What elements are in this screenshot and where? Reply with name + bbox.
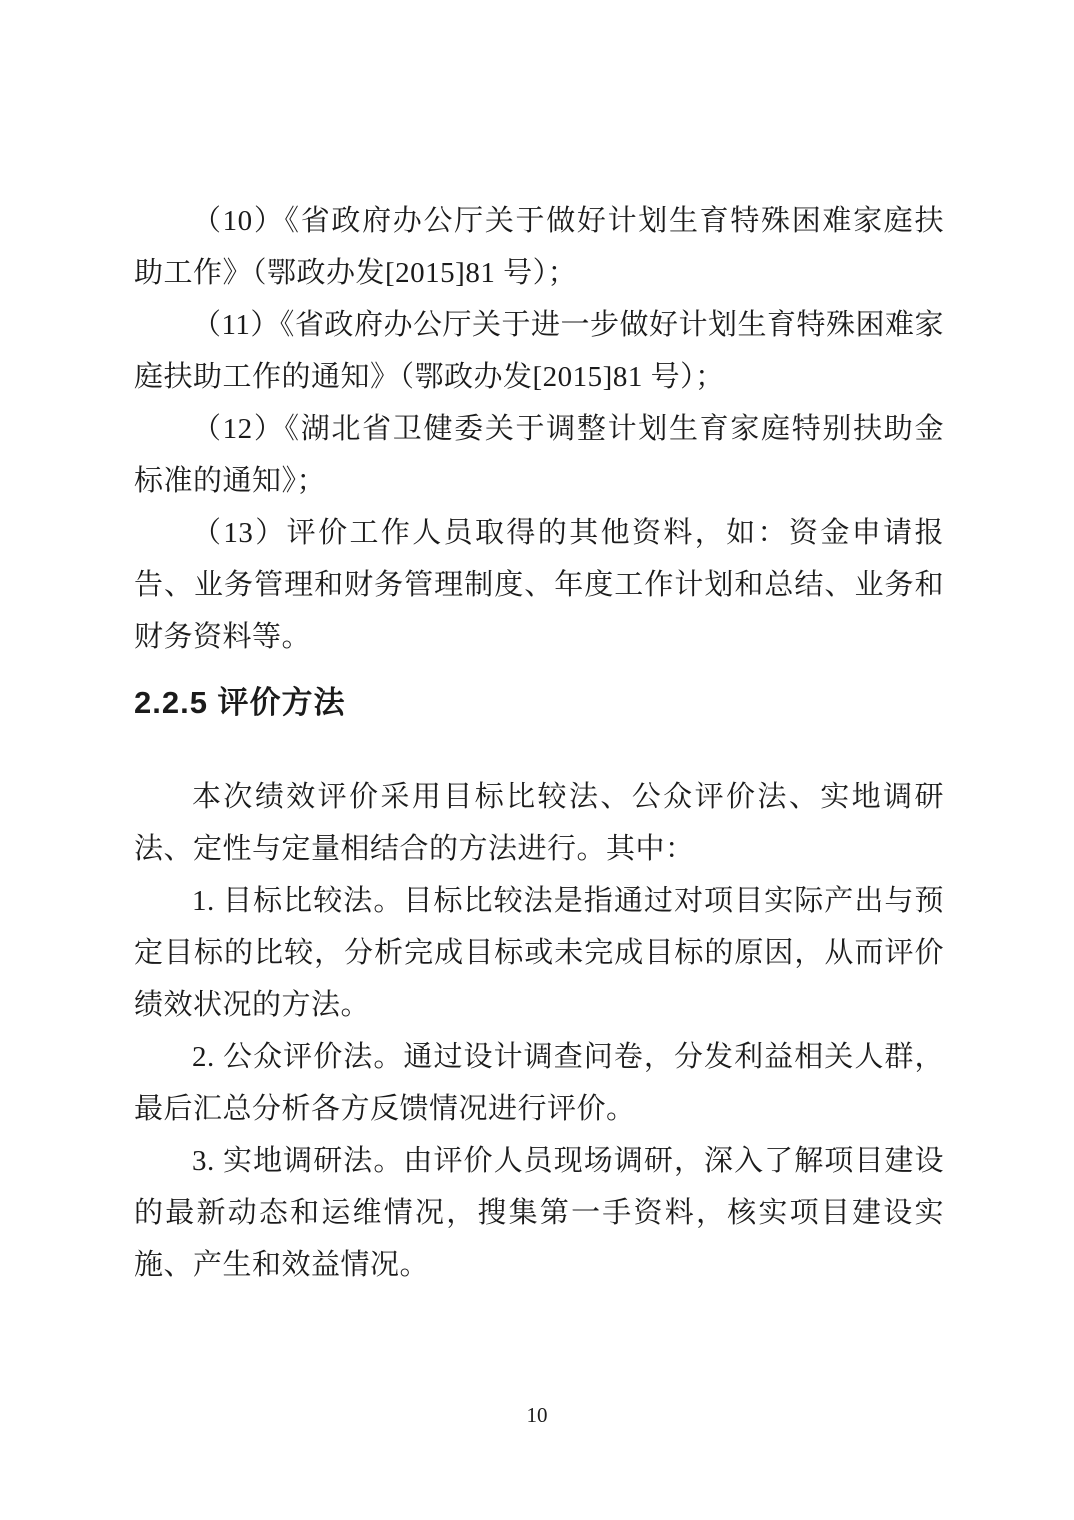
section-heading: 2.2.5 评价方法 (134, 681, 944, 725)
reference-item-13: （13）评价工作人员取得的其他资料，如：资金申请报告、业务管理和财务管理制度、年… (134, 507, 944, 663)
method-2-paragraph: 2. 公众评价法。通过设计调查问卷，分发利益相关人群，最后汇总分析各方反馈情况进… (134, 1031, 944, 1135)
methods-intro-paragraph: 本次绩效评价采用目标比较法、公众评价法、实地调研法、定性与定量相结合的方法进行。… (134, 771, 944, 875)
reference-item-11: （11）《省政府办公厅关于进一步做好计划生育特殊困难家庭扶助工作的通知》（鄂政办… (134, 299, 944, 403)
method-1-paragraph: 1. 目标比较法。目标比较法是指通过对项目实际产出与预定目标的比较，分析完成目标… (134, 875, 944, 1031)
method-3-paragraph: 3. 实地调研法。由评价人员现场调研，深入了解项目建设的最新动态和运维情况，搜集… (134, 1135, 944, 1291)
page-number: 10 (0, 1402, 1074, 1428)
document-page: （10）《省政府办公厅关于做好计划生育特殊困难家庭扶助工作》（鄂政办发[2015… (0, 0, 1074, 1520)
reference-item-10: （10）《省政府办公厅关于做好计划生育特殊困难家庭扶助工作》（鄂政办发[2015… (134, 195, 944, 299)
page-content: （10）《省政府办公厅关于做好计划生育特殊困难家庭扶助工作》（鄂政办发[2015… (134, 195, 944, 1291)
reference-item-12: （12）《湖北省卫健委关于调整计划生育家庭特别扶助金标准的通知》； (134, 403, 944, 507)
